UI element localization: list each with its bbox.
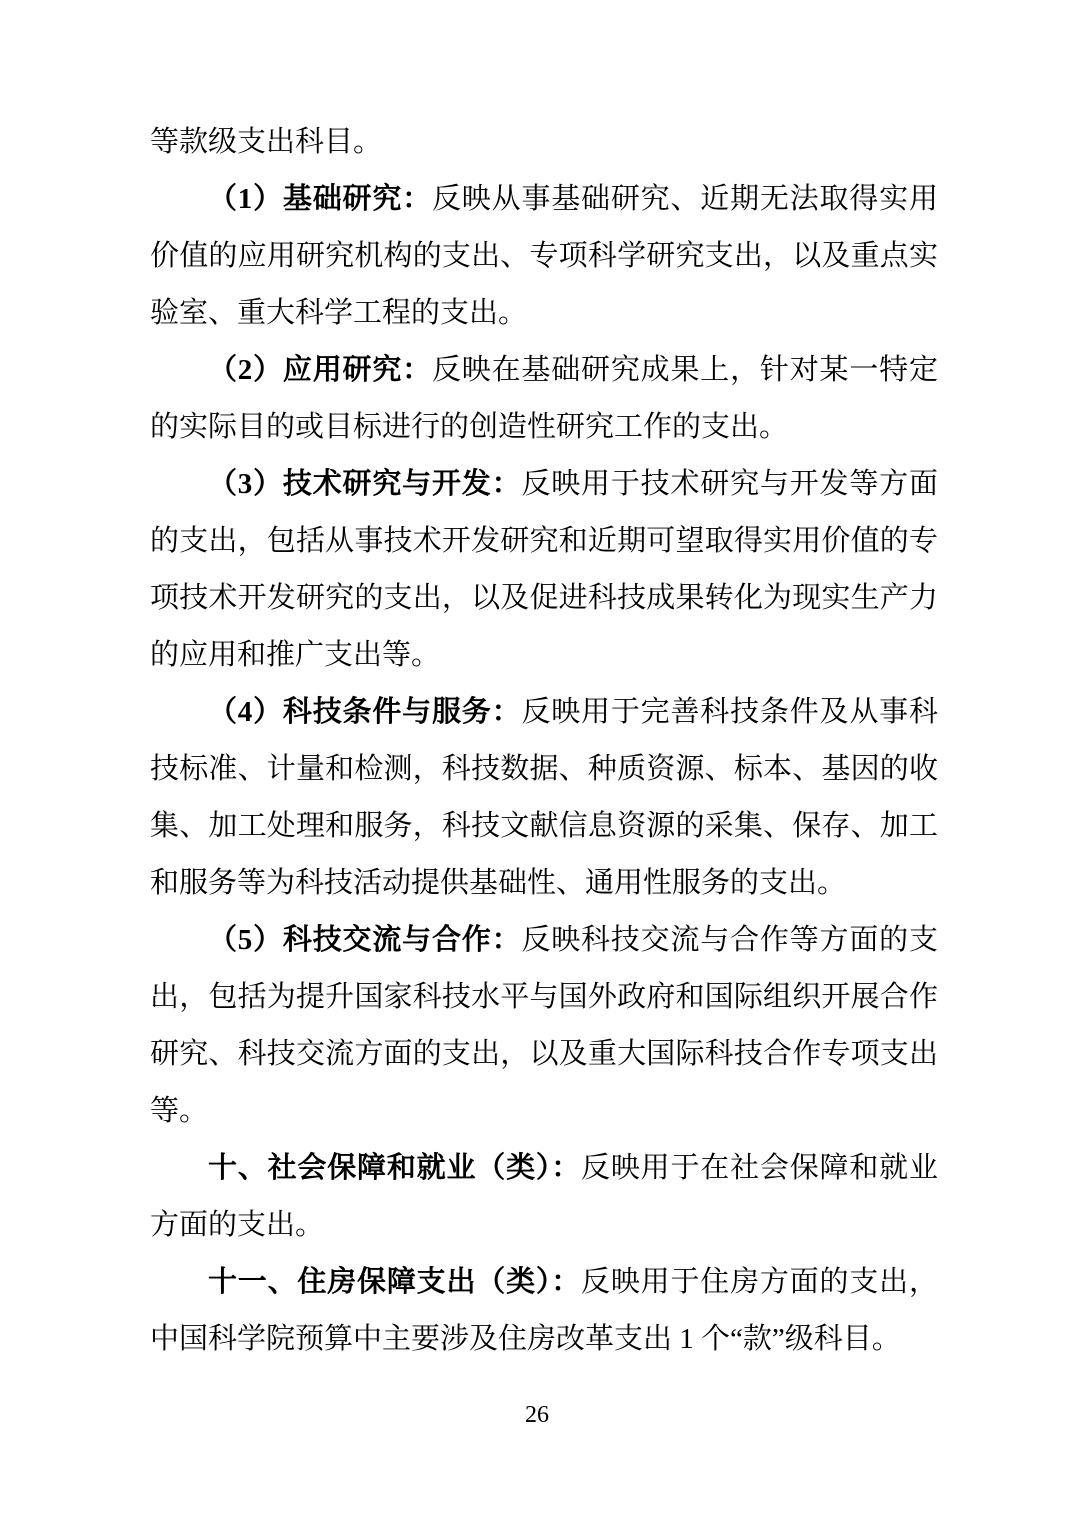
document-page: 等款级支出科目。 （1）基础研究：反映从事基础研究、近期无法取得实用价值的应用研… xyxy=(0,0,1074,1520)
paragraph-body: 等款级支出科目。 xyxy=(150,126,382,158)
paragraph: （1）基础研究：反映从事基础研究、近期无法取得实用价值的应用研究机构的支出、专项… xyxy=(150,171,938,342)
paragraph-lead: 十、社会保障和就业（类）： xyxy=(208,1152,581,1184)
page-number: 26 xyxy=(525,1402,549,1428)
paragraph-lead: （1）基础研究： xyxy=(208,183,432,215)
document-body: 等款级支出科目。 （1）基础研究：反映从事基础研究、近期无法取得实用价值的应用研… xyxy=(150,114,938,1368)
paragraph: （5）科技交流与合作：反映科技交流与合作等方面的支出，包括为提升国家科技水平与国… xyxy=(150,912,938,1140)
paragraph: （3）技术研究与开发：反映用于技术研究与开发等方面的支出，包括从事技术开发研究和… xyxy=(150,456,938,684)
paragraph: （4）科技条件与服务：反映用于完善科技条件及从事科技标准、计量和检测，科技数据、… xyxy=(150,684,938,912)
paragraph-lead: （4）科技条件与服务： xyxy=(208,696,521,728)
paragraph-lead: （2）应用研究： xyxy=(208,354,432,386)
paragraph-lead: （5）科技交流与合作： xyxy=(208,924,521,956)
page-footer: 26 xyxy=(0,1402,1074,1429)
paragraph: 十、社会保障和就业（类）：反映用于在社会保障和就业方面的支出。 xyxy=(150,1140,938,1254)
paragraph: 等款级支出科目。 xyxy=(150,114,938,171)
paragraph-lead: （3）技术研究与开发： xyxy=(208,468,521,500)
paragraph: （2）应用研究：反映在基础研究成果上，针对某一特定的实际目的或目标进行的创造性研… xyxy=(150,342,938,456)
paragraph-lead: 十一、住房保障支出（类）： xyxy=(208,1266,581,1298)
paragraph: 十一、住房保障支出（类）：反映用于住房方面的支出，中国科学院预算中主要涉及住房改… xyxy=(150,1254,938,1368)
